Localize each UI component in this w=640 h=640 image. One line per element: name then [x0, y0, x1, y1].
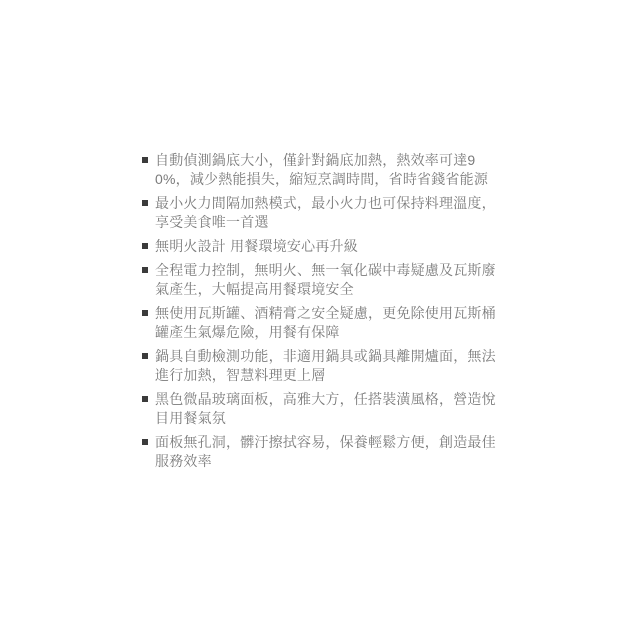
- bullet-square-icon: [142, 353, 148, 359]
- feature-text: 面板無孔洞，髒汙擦拭容易，保養輕鬆方便，創造最佳服務效率: [155, 434, 496, 469]
- bullet-square-icon: [142, 243, 148, 249]
- bullet-square-icon: [142, 157, 148, 163]
- feature-text: 黑色微晶玻璃面板，高雅大方，任搭裝潢風格，營造悅目用餐氣氛: [155, 391, 496, 426]
- feature-list: 自動偵測鍋底大小，僅針對鍋底加熱，熱效率可達90%，減少熱能損失，縮短烹調時間，…: [142, 151, 496, 471]
- feature-item: 全程電力控制，無明火、無一氧化碳中毒疑慮及瓦斯廢氣產生，大幅提高用餐環境安全: [142, 261, 496, 299]
- feature-text: 鍋具自動檢測功能，非適用鍋具或鍋具離開爐面，無法進行加熱，智慧料理更上層: [155, 348, 496, 383]
- feature-text: 最小火力間隔加熱模式，最小火力也可保持料理溫度，享受美食唯一首選: [155, 195, 496, 230]
- bullet-square-icon: [142, 267, 148, 273]
- bullet-square-icon: [142, 396, 148, 402]
- feature-item: 鍋具自動檢測功能，非適用鍋具或鍋具離開爐面，無法進行加熱，智慧料理更上層: [142, 347, 496, 385]
- feature-item: 自動偵測鍋底大小，僅針對鍋底加熱，熱效率可達90%，減少熱能損失，縮短烹調時間，…: [142, 151, 496, 189]
- bullet-square-icon: [142, 200, 148, 206]
- feature-text: 無使用瓦斯罐、酒精膏之安全疑慮，更免除使用瓦斯桶罐產生氣爆危險，用餐有保障: [155, 305, 496, 340]
- feature-text: 全程電力控制，無明火、無一氧化碳中毒疑慮及瓦斯廢氣產生，大幅提高用餐環境安全: [155, 262, 496, 297]
- bullet-square-icon: [142, 439, 148, 445]
- feature-item: 最小火力間隔加熱模式，最小火力也可保持料理溫度，享受美食唯一首選: [142, 194, 496, 232]
- feature-item: 面板無孔洞，髒汙擦拭容易，保養輕鬆方便，創造最佳服務效率: [142, 433, 496, 471]
- feature-item: 黑色微晶玻璃面板，高雅大方，任搭裝潢風格，營造悅目用餐氣氛: [142, 390, 496, 428]
- feature-item: 無明火設計 用餐環境安心再升級: [142, 237, 496, 256]
- feature-text: 無明火設計 用餐環境安心再升級: [155, 238, 358, 254]
- bullet-square-icon: [142, 310, 148, 316]
- feature-text: 自動偵測鍋底大小，僅針對鍋底加熱，熱效率可達90%，減少熱能損失，縮短烹調時間，…: [155, 152, 488, 187]
- product-feature-section: 自動偵測鍋底大小，僅針對鍋底加熱，熱效率可達90%，減少熱能損失，縮短烹調時間，…: [142, 151, 496, 476]
- feature-item: 無使用瓦斯罐、酒精膏之安全疑慮，更免除使用瓦斯桶罐產生氣爆危險，用餐有保障: [142, 304, 496, 342]
